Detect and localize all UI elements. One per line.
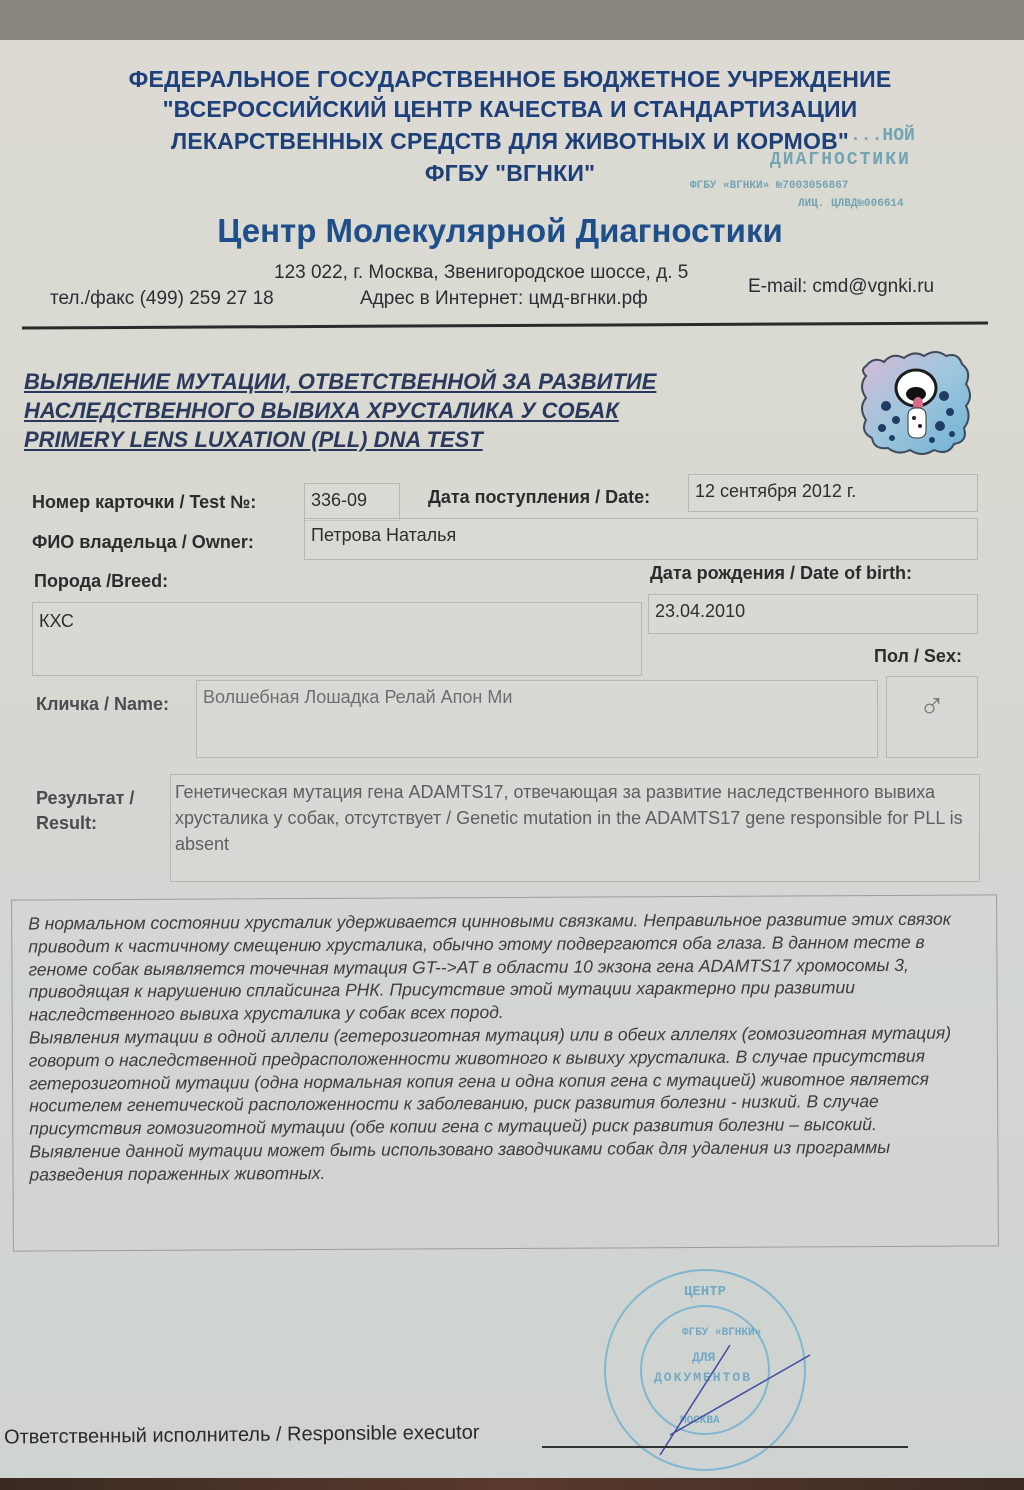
- registration-stamp: ...НОЙ ДИАГНОСТИКИ ФГБУ «ВГНКИ» №7003056…: [680, 120, 970, 210]
- phone: тел./факс (499) 259 27 18: [50, 288, 274, 310]
- owner-field: Петрова Наталья: [304, 518, 978, 560]
- result-field: Генетическая мутация гена ADAMTS17, отве…: [170, 774, 980, 882]
- info-paragraph-3: Выявление данной мутации может быть испо…: [29, 1135, 981, 1186]
- info-paragraph-2: Выявления мутации в одной аллели (гетеро…: [29, 1021, 982, 1140]
- svg-text:ЛИЦ. ЦЛВД№006614: ЛИЦ. ЦЛВД№006614: [798, 198, 904, 210]
- result-text: Генетическая мутация гена ADAMTS17, отве…: [175, 779, 975, 857]
- svg-text:ДЛЯ: ДЛЯ: [692, 1350, 715, 1365]
- center-name: Центр Молекулярной Диагностики: [0, 212, 1000, 250]
- address: 123 022, г. Москва, Звенигородское шоссе…: [274, 262, 688, 284]
- email: E-mail: cmd@vgnki.ru: [748, 276, 934, 298]
- test-title-line-3: PRIMERY LENS LUXATION (PLL) DNA TEST: [24, 425, 483, 454]
- dob-field: 23.04.2010: [648, 594, 978, 634]
- result-label-en: Result:: [36, 813, 97, 834]
- dalmatian-logo-icon: [852, 346, 976, 458]
- name-label: Кличка / Name:: [36, 694, 169, 715]
- test-number-label: Номер карточки / Test №:: [32, 492, 256, 513]
- signature-line: [542, 1446, 908, 1448]
- info-paragraph-1: В нормальном состоянии хрусталик удержив…: [28, 908, 981, 1027]
- male-icon: ♂: [919, 685, 946, 726]
- document-page: [0, 40, 1024, 1480]
- sex-label: Пол / Sex:: [874, 646, 962, 667]
- sex-field: ♂: [886, 676, 978, 758]
- owner-label: ФИО владельца / Owner:: [32, 532, 254, 553]
- svg-text:...НОЙ: ...НОЙ: [850, 124, 915, 146]
- svg-text:ФГБУ «ВГНКИ» №7003056867: ФГБУ «ВГНКИ» №7003056867: [690, 180, 848, 192]
- website: Адрес в Интернет: цмд-вгнки.рф: [360, 288, 648, 310]
- svg-text:ФГБУ «ВГНКИ»: ФГБУ «ВГНКИ»: [682, 1327, 761, 1339]
- svg-text:ДОКУМЕНТОВ: ДОКУМЕНТОВ: [654, 1370, 752, 1385]
- result-label-ru: Результат /: [36, 788, 134, 809]
- info-box: В нормальном состоянии хрусталик удержив…: [11, 894, 999, 1251]
- table-edge: [0, 1478, 1024, 1490]
- org-line-1: ФЕДЕРАЛЬНОЕ ГОСУДАРСТВЕННОЕ БЮДЖЕТНОЕ УЧ…: [60, 64, 960, 94]
- svg-text:ЦЕНТР: ЦЕНТР: [684, 1284, 726, 1300]
- test-title-line-1: ВЫЯВЛЕНИЕ МУТАЦИИ, ОТВЕТСТВЕННОЙ ЗА РАЗВ…: [24, 367, 656, 396]
- svg-text:ДИАГНОСТИКИ: ДИАГНОСТИКИ: [770, 150, 911, 170]
- name-field: Волшебная Лошадка Релай Апон Ми: [196, 680, 878, 758]
- date-label: Дата поступления / Date:: [428, 487, 650, 508]
- breed-label: Порода /Breed:: [34, 571, 168, 592]
- date-field: 12 сентября 2012 г.: [688, 474, 978, 512]
- dob-label: Дата рождения / Date of birth:: [650, 563, 912, 584]
- test-number-field: 336-09: [304, 483, 400, 521]
- test-title-line-2: НАСЛЕДСТВЕННОГО ВЫВИХА ХРУСТАЛИКА У СОБА…: [24, 396, 619, 425]
- breed-field: КХС: [32, 602, 642, 676]
- round-stamp: ЦЕНТР ФГБУ «ВГНКИ» ДЛЯ ДОКУМЕНТОВ МОСКВА: [600, 1265, 810, 1475]
